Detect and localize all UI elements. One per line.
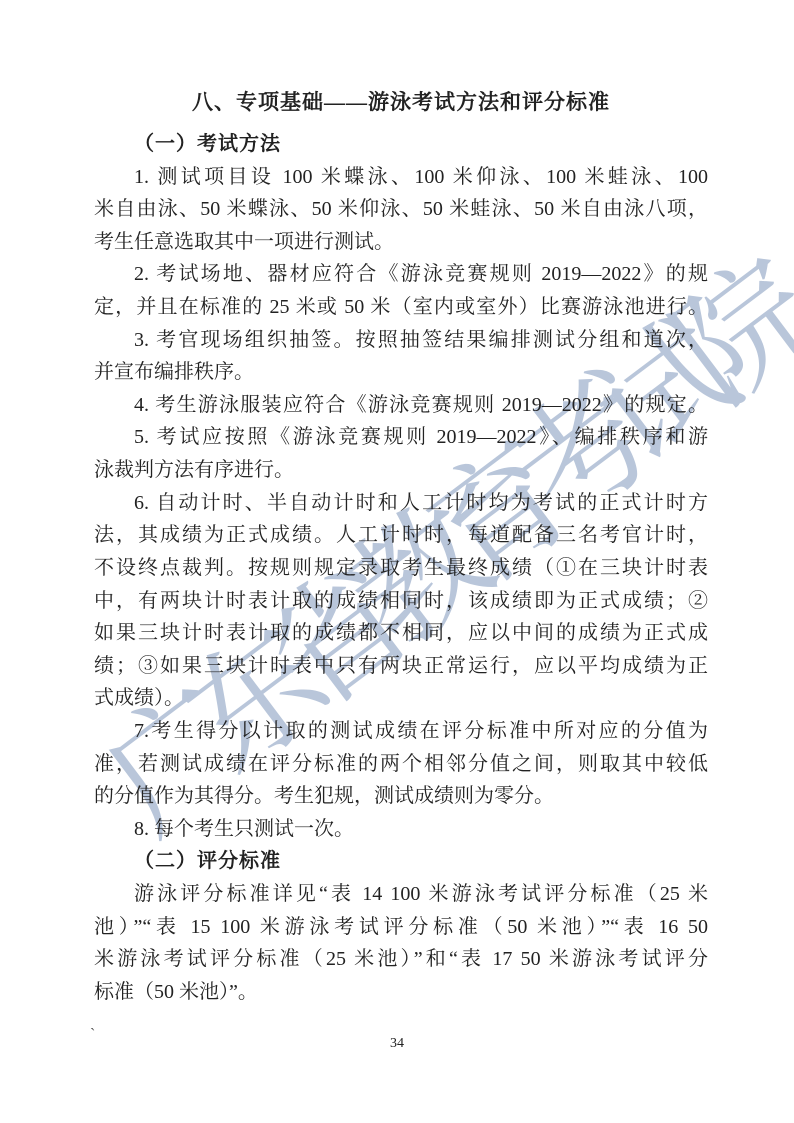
- text-line: 1. 测试项目设 100 米蝶泳、100 米仰泳、100 米蛙泳、100: [94, 161, 708, 194]
- text-line: 定，并且在标准的 25 米或 50 米（室内或室外）比赛游泳池进行。: [94, 291, 708, 324]
- text-line: 如果三块计时表计取的成绩都不相同，应以中间的成绩为正式成: [94, 617, 708, 650]
- document-page: 广东省教育考试院 八、专项基础——游泳考试方法和评分标准 （一）考试方法1. 测…: [0, 0, 794, 1123]
- text-line: 米自由泳、50 米蝶泳、50 米仰泳、50 米蛙泳、50 米自由泳八项，: [94, 193, 708, 226]
- text-line: 标准（50 米池）”。: [94, 976, 708, 1009]
- text-line: 3. 考官现场组织抽签。按照抽签结果编排测试分组和道次，: [94, 324, 708, 357]
- document-lines: （一）考试方法1. 测试项目设 100 米蝶泳、100 米仰泳、100 米蛙泳、…: [94, 128, 708, 1008]
- section-heading: （一）考试方法: [94, 128, 708, 161]
- text-line: 法，其成绩为正式成绩。人工计时时，每道配备三名考官计时，: [94, 519, 708, 552]
- page-title: 八、专项基础——游泳考试方法和评分标准: [94, 86, 708, 119]
- text-line: 准，若测试成绩在评分标准的两个相邻分值之间，则取其中较低: [94, 748, 708, 781]
- text-line: 游泳评分标准详见“表 14 100 米游泳考试评分标准（25 米: [94, 878, 708, 911]
- text-line: 式成绩）。: [94, 682, 708, 715]
- document-content: 八、专项基础——游泳考试方法和评分标准 （一）考试方法1. 测试项目设 100 …: [94, 86, 708, 1008]
- text-line: 6. 自动计时、半自动计时和人工计时均为考试的正式计时方: [94, 487, 708, 520]
- text-line: 并宣布编排秩序。: [94, 356, 708, 389]
- text-line: 泳裁判方法有序进行。: [94, 454, 708, 487]
- text-line: 米游泳考试评分标准（25 米池）”和“表 17 50 米游泳考试评分: [94, 943, 708, 976]
- text-line: 池）”“表 15 100 米游泳考试评分标准（50 米池）”“表 16 50: [94, 911, 708, 944]
- text-line: 5. 考试应按照《游泳竞赛规则 2019—2022》、编排秩序和游: [94, 421, 708, 454]
- text-line: 4. 考生游泳服装应符合《游泳竞赛规则 2019—2022》的规定。: [94, 389, 708, 422]
- text-line: 的分值作为其得分。考生犯规，测试成绩则为零分。: [94, 780, 708, 813]
- text-line: 考生任意选取其中一项进行测试。: [94, 226, 708, 259]
- text-line: 绩；③如果三块计时表中只有两块正常运行，应以平均成绩为正: [94, 650, 708, 683]
- text-line: 7.考生得分以计取的测试成绩在评分标准中所对应的分值为: [94, 715, 708, 748]
- text-line: 2. 考试场地、器材应符合《游泳竞赛规则 2019—2022》的规: [94, 258, 708, 291]
- text-line: 中，有两块计时表计取的成绩相同时，该成绩即为正式成绩；②: [94, 585, 708, 618]
- page-number: 34: [0, 1036, 794, 1052]
- section-heading: （二）评分标准: [94, 845, 708, 878]
- text-line: 不设终点裁判。按规则规定录取考生最终成绩（①在三块计时表: [94, 552, 708, 585]
- text-line: 8. 每个考生只测试一次。: [94, 813, 708, 846]
